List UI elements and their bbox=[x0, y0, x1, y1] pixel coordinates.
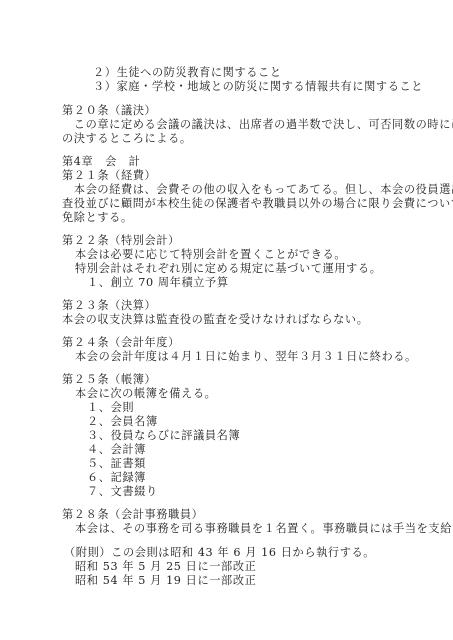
document-line: 査役並びに顧問が本校生徒の保護者や教職員以外の場合に限り会費については bbox=[62, 197, 453, 211]
document-line: 第２８条（会計事務職員） bbox=[62, 508, 203, 522]
document-line: 本会は、その事務を司る事務職員を１名置く。事務職員には手当を支給する。 bbox=[75, 522, 453, 536]
document-line: １、創立 70 周年積立予算 bbox=[87, 276, 229, 290]
document-line: 特別会計はそれぞれ別に定める規定に基づいて運用する。 bbox=[75, 262, 381, 276]
document-line: 第4章 会 計 bbox=[62, 155, 140, 169]
document-line: 第２３条（決算） bbox=[62, 299, 156, 313]
document-line: 第２１条（経費） bbox=[62, 169, 156, 183]
document-line: ２）生徒への防災教育に関すること bbox=[93, 66, 282, 80]
document-line: 免除とする。 bbox=[62, 211, 133, 225]
document-line: 本会の会計年度は４月１日に始まり、翌年３月３１日に終わる。 bbox=[75, 350, 417, 364]
document-line: 第２５条（帳簿） bbox=[62, 373, 156, 387]
document-line: ３、役員ならびに評議員名簿 bbox=[87, 429, 240, 443]
document-line: 第２４条（会計年度） bbox=[62, 336, 180, 350]
document-line: ５、証書類 bbox=[87, 457, 146, 471]
document-line: 本会の経費は、会費その他の収入をもってあてる。但し、本会の役員選出で監 bbox=[62, 183, 453, 197]
document-line: １、会則 bbox=[87, 401, 134, 415]
document-line: この章に定める会議の議決は、出席者の過半数で決し、可否同数の時には議長 bbox=[62, 118, 453, 132]
document-line: ６、記録簿 bbox=[87, 471, 146, 485]
document-line: 昭和 53 年 5 月 25 日に一部改正 bbox=[75, 560, 256, 574]
document-line: （附則）この会則は昭和 43 年 6 月 16 日から執行する。 bbox=[64, 546, 375, 560]
document-line: 本会は必要に応じて特別会計を置くことができる。 bbox=[75, 248, 346, 262]
document-line: 昭和 54 年 5 月 19 日に一部改正 bbox=[75, 574, 256, 588]
document-line: 第２２条（特別会計） bbox=[62, 234, 180, 248]
document-line: 第２０条（議決） bbox=[62, 104, 156, 118]
document-line: ３）家庭・学校・地域との防災に関する情報共有に関すること bbox=[93, 80, 423, 94]
document-page: ２）生徒への防災教育に関すること３）家庭・学校・地域との防災に関する情報共有に関… bbox=[0, 0, 453, 640]
document-line: ４、会計簿 bbox=[87, 443, 146, 457]
document-line: 本会に次の帳簿を備える。 bbox=[75, 387, 216, 401]
document-line: 本会の収支決算は監査役の監査を受けなければならない。 bbox=[62, 313, 368, 327]
document-line: ７、文書綴り bbox=[87, 485, 158, 499]
document-line: の決するところによる。 bbox=[62, 132, 192, 146]
document-line: ２、会員名簿 bbox=[87, 415, 158, 429]
